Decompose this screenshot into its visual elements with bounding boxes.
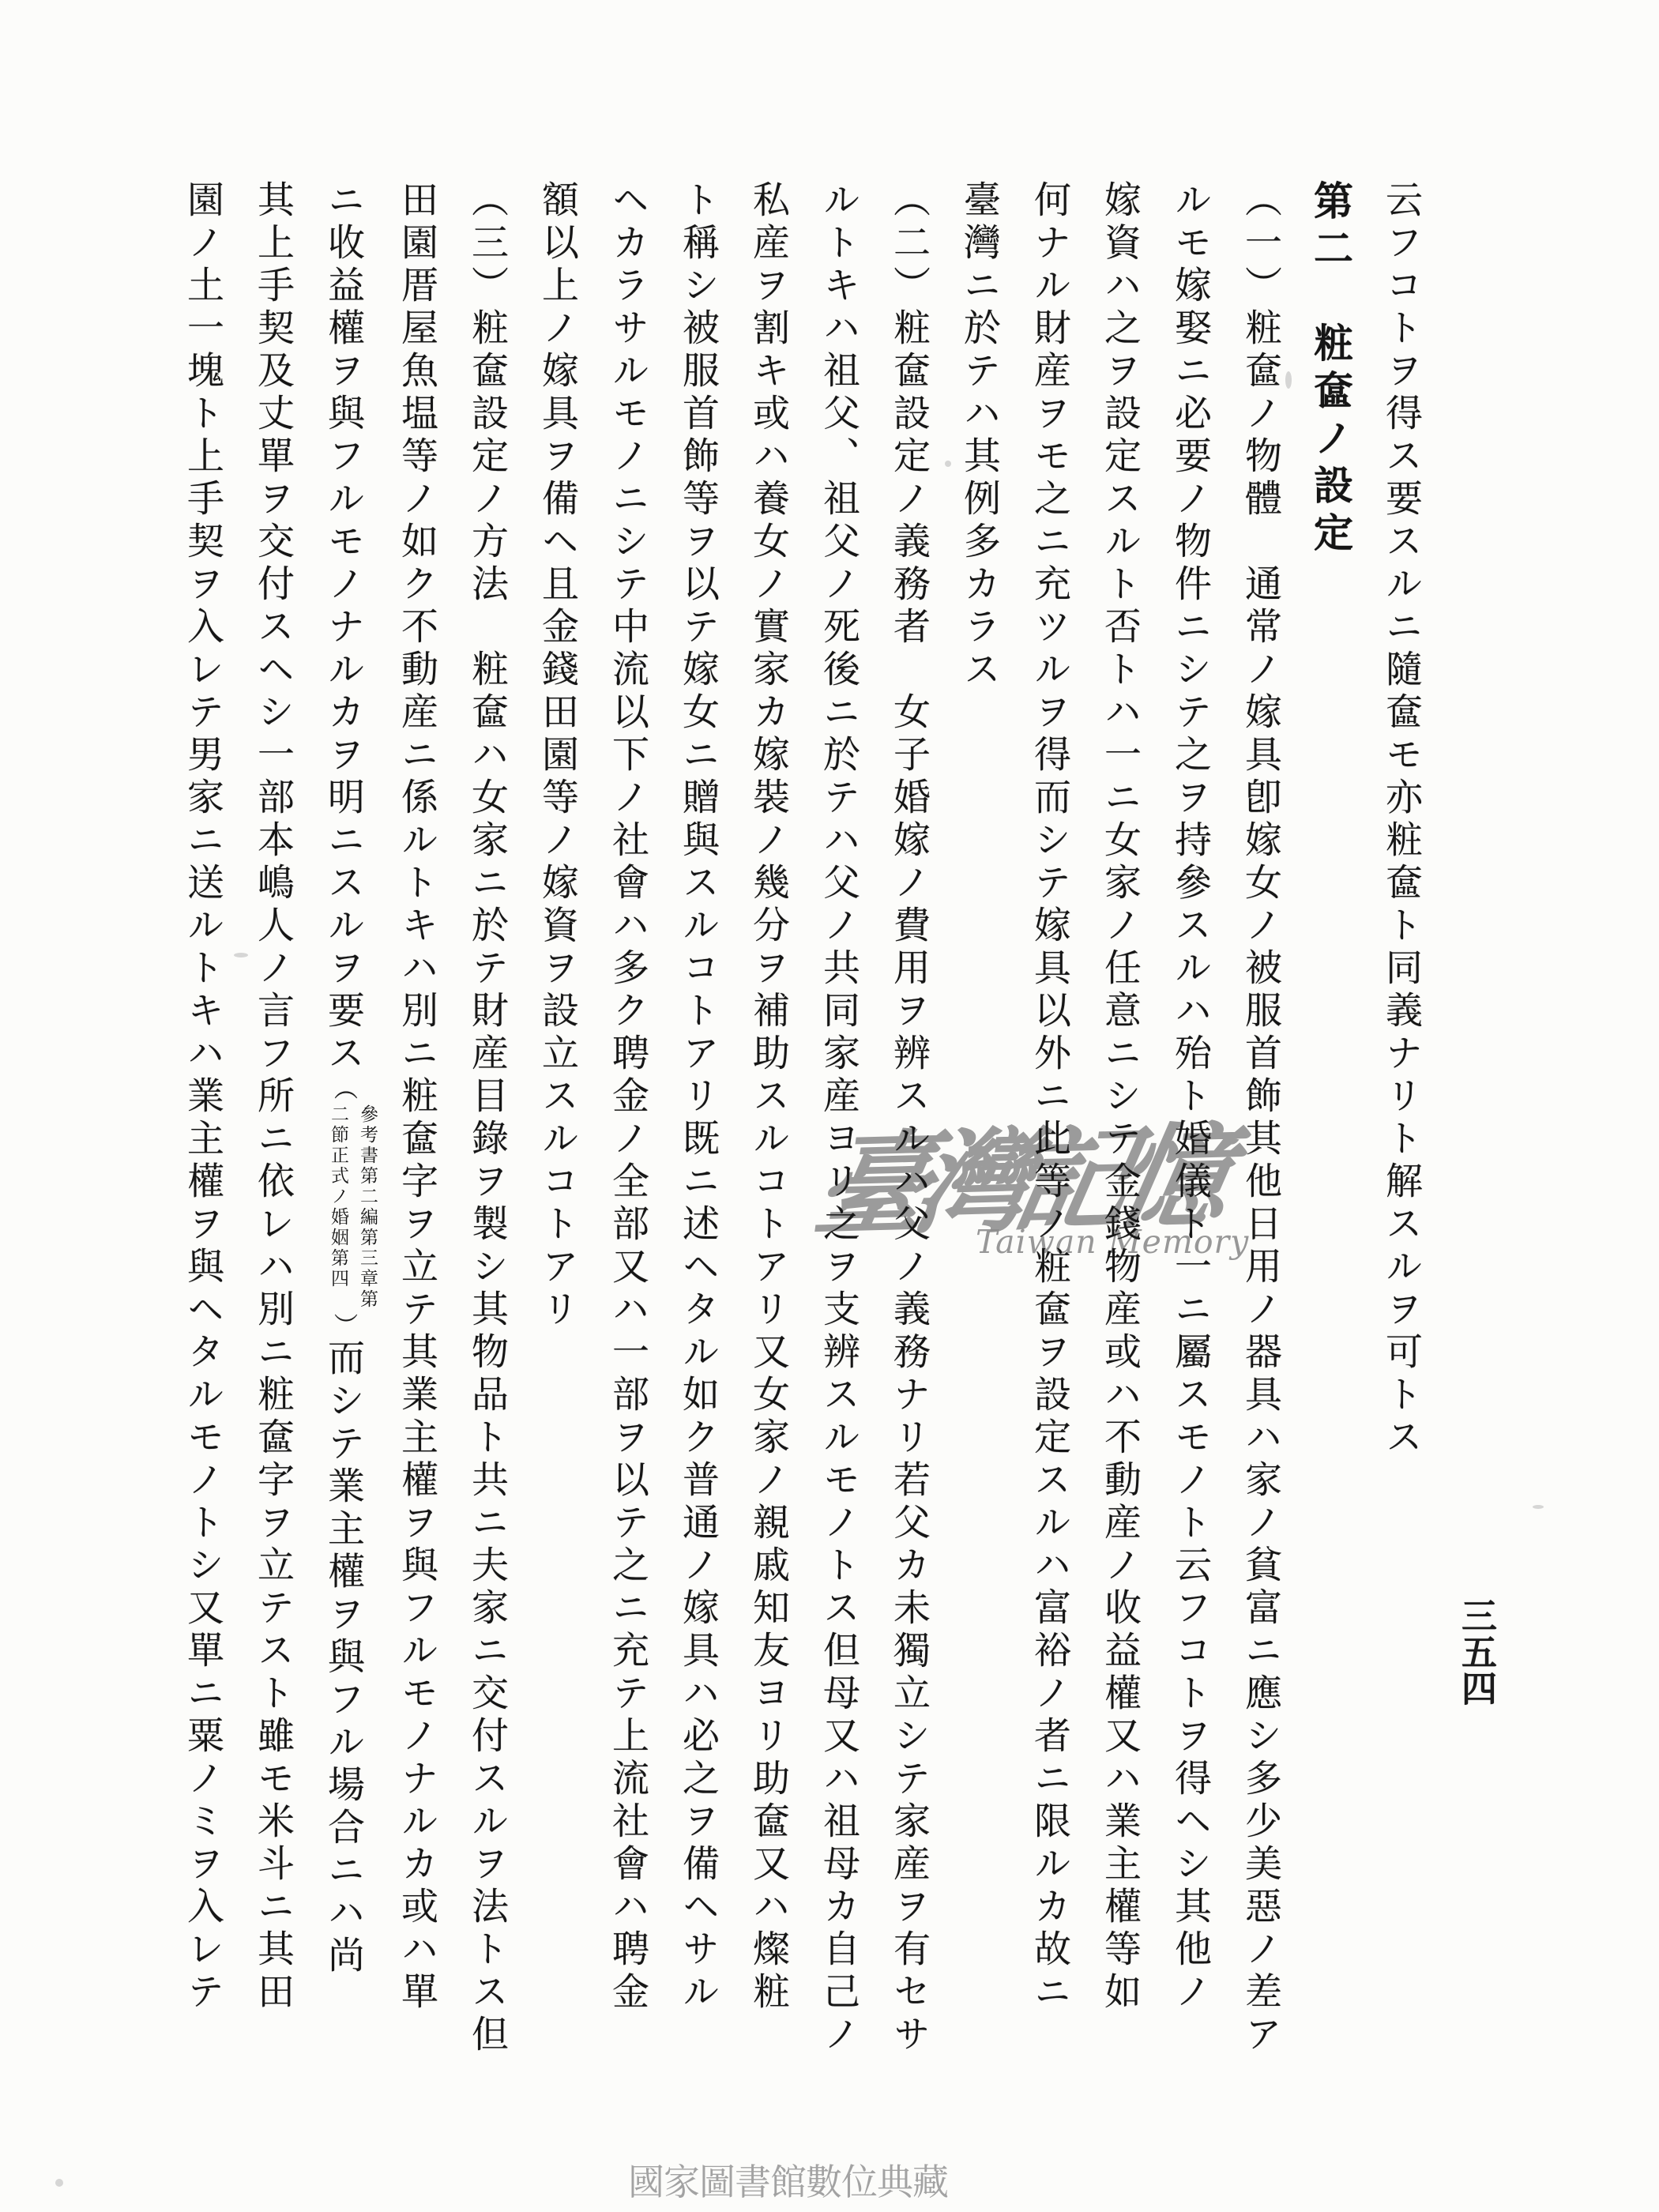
text-column: 私産ヲ割キ或ハ養女ノ實家カ嫁裝ノ幾分ヲ補助スルコトアリ又女家ノ親戚知友ヨリ助奩又… [733,180,803,2100]
text-column: ト稱シ被服首飾等ヲ以テ嫁女ニ贈與スルコトアリ既ニ述ヘタル如ク普通ノ嫁具ハ必之ヲ備… [663,180,733,2100]
scanned-document-page: 臺灣記憶 Taiwan Memory 云フコトヲ得ス要スルニ隨奩モ亦粧奩ト同義ナ… [0,0,1659,2212]
text-column: 何ナル財産ヲモ之ニ充ツルヲ得而シテ嫁具以外ニ此等ノ粧奩ヲ設定スルハ富裕ノ者ニ限ル… [1014,180,1085,2100]
scan-speck [55,2179,63,2187]
text-column: 云フコトヲ得ス要スルニ隨奩モ亦粧奩ト同義ナリト解スルヲ可トス [1366,180,1436,2100]
scan-speck [945,461,951,467]
page-number: 三五四 [1450,1597,1502,1706]
reference-note: 參考書第二編第三章第二節正式ノ婚姻第四 [323,1104,382,1310]
reference-note-line: 參考書第二編第三章第 [352,1104,382,1310]
note-post-text: 而シテ業主權ヲ與フル場合ニハ尚 [322,1338,365,1978]
reference-note-line: 二節正式ノ婚姻第四 [323,1104,352,1310]
text-column: ルモ嫁娶ニ必要ノ物件ニシテ之ヲ持參スルハ殆ト婚儀ト一ニ屬スモノト云フコトヲ得ヘシ… [1155,180,1225,2100]
note-open-paren: （ [329,1076,357,1101]
text-column: （三）粧奩設定ノ方法 粧奩ハ女家ニ於テ財産目錄ヲ製シ其物品ト共ニ夫家ニ交付スルヲ… [452,180,522,2100]
text-column: 其上手契及丈單ヲ交付スヘシ一部本嶋人ノ言フ所ニ依レハ別ニ粧奩字ヲ立テスト雖モ米斗… [238,180,308,2100]
text-column: 額以上ノ嫁具ヲ備ヘ且金錢田園等ノ嫁資ヲ設立スルコトアリ [522,180,592,2100]
note-close-paren: ） [329,1313,357,1338]
text-column: 田園厝屋魚塭等ノ如ク不動産ニ係ルトキハ別ニ粧奩字ヲ立テ其業主權ヲ與フルモノナルカ… [382,180,452,2100]
vertical-text-block: 云フコトヲ得ス要スルニ隨奩モ亦粧奩ト同義ナリト解スルヲ可トス 第二 粧奩ノ設定 … [171,180,1436,2100]
text-column: （一）粧奩ノ物體 通常ノ嫁具卽嫁女ノ被服首飾其他日用ノ器具ハ家ノ貧富ニ應シ多少美… [1225,180,1296,2100]
scan-speck [234,953,248,957]
section-heading-column: 第二 粧奩ノ設定 [1296,180,1366,2100]
text-column: 嫁資ハ之ヲ設定スルト否トハ一ニ女家ノ任意ニシテ金錢物産或ハ不動産ノ收益權又ハ業主… [1085,180,1155,2100]
text-column: ルトキハ祖父、祖父ノ死後ニ於テハ父ノ共同家産ヨリ之ヲ支辨スルモノトス但母又ハ祖母… [803,180,874,2100]
text-column: 園ノ土一塊ト上手契ヲ入レテ男家ニ送ルトキハ業主權ヲ與ヘタルモノトシ又單ニ粟ノミヲ… [167,180,238,2100]
text-column-with-note: ニ收益權ヲ與フルモノナルカヲ明ニスルヲ要ス（參考書第二編第三章第二節正式ノ婚姻第… [308,180,382,2100]
archive-caption: 國家圖書館數位典藏 [628,2154,948,2206]
text-column: ヘカラサルモノニシテ中流以下ノ社會ハ多ク聘金ノ全部又ハ一部ヲ以テ之ニ充テ上流社會… [592,180,663,2100]
note-pre-text: ニ收益權ヲ與フルモノナルカヲ明ニスルヲ要ス [322,180,365,1076]
scan-speck [1533,1505,1544,1509]
text-column: 臺灣ニ於テハ其例多カラス [944,180,1014,2100]
scan-speck [1285,371,1292,389]
text-column: （二）粧奩設定ノ義務者 女子婚嫁ノ費用ヲ辨スルハ父ノ義務ナリ若父カ未獨立シテ家産… [874,180,944,2100]
